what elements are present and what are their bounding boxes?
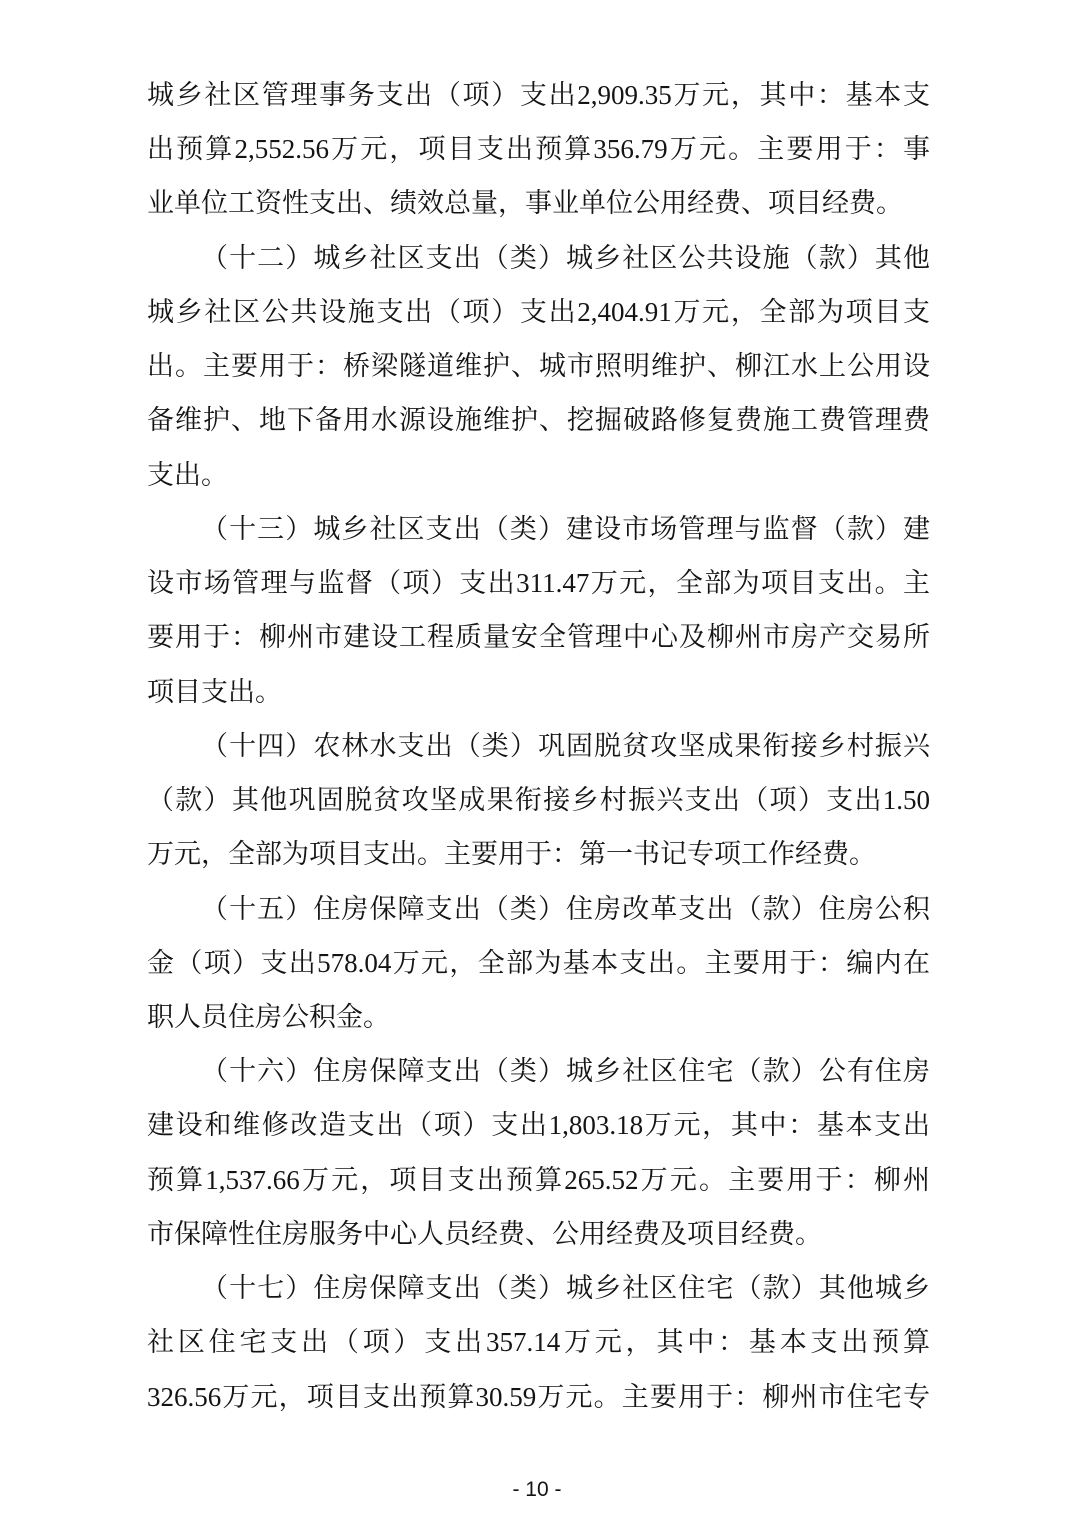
body-line: 项目支出。 [147,665,930,719]
body-line: 城乡社区公共设施支出（项）支出2,404.91万元，全部为项目支 [147,285,930,339]
body-line: 支出。 [147,448,930,502]
body-line: 预算1,537.66万元，项目支出预算265.52万元。主要用于：柳州 [147,1153,930,1207]
body-line: （十七）住房保障支出（类）城乡社区住宅（款）其他城乡 [147,1261,930,1315]
body-line: 建设和维修改造支出（项）支出1,803.18万元，其中：基本支出 [147,1098,930,1152]
body-line: 要用于：柳州市建设工程质量安全管理中心及柳州市房产交易所 [147,610,930,664]
body-line: 设市场管理与监督（项）支出311.47万元，全部为项目支出。主 [147,556,930,610]
body-line: 出。主要用于：桥梁隧道维护、城市照明维护、柳江水上公用设 [147,339,930,393]
page-number: - 10 - [0,1478,1074,1502]
body-line: 社区住宅支出（项）支出357.14万元，其中：基本支出预算 [147,1315,930,1369]
body-line: 职人员住房公积金。 [147,990,930,1044]
body-line: 业单位工资性支出、绩效总量，事业单位公用经费、项目经费。 [147,176,930,230]
body-line: 金（项）支出578.04万元，全部为基本支出。主要用于：编内在 [147,936,930,990]
document-body: 城乡社区管理事务支出（项）支出2,909.35万元，其中：基本支 出预算2,55… [147,68,930,1424]
body-line: 城乡社区管理事务支出（项）支出2,909.35万元，其中：基本支 [147,68,930,122]
body-line: （十三）城乡社区支出（类）建设市场管理与监督（款）建 [147,502,930,556]
body-line: （款）其他巩固脱贫攻坚成果衔接乡村振兴支出（项）支出1.50 [147,773,930,827]
body-line: （十二）城乡社区支出（类）城乡社区公共设施（款）其他 [147,231,930,285]
body-line: 万元，全部为项目支出。主要用于：第一书记专项工作经费。 [147,827,930,881]
body-line: 市保障性住房服务中心人员经费、公用经费及项目经费。 [147,1207,930,1261]
body-line: （十四）农林水支出（类）巩固脱贫攻坚成果衔接乡村振兴 [147,719,930,773]
body-line: （十五）住房保障支出（类）住房改革支出（款）住房公积 [147,882,930,936]
body-line: 出预算2,552.56万元，项目支出预算356.79万元。主要用于：事 [147,122,930,176]
body-line: 备维护、地下备用水源设施维护、挖掘破路修复费施工费管理费 [147,393,930,447]
body-line: （十六）住房保障支出（类）城乡社区住宅（款）公有住房 [147,1044,930,1098]
body-line: 326.56万元，项目支出预算30.59万元。主要用于：柳州市住宅专 [147,1370,930,1424]
document-page: 城乡社区管理事务支出（项）支出2,909.35万元，其中：基本支 出预算2,55… [0,0,1074,1520]
